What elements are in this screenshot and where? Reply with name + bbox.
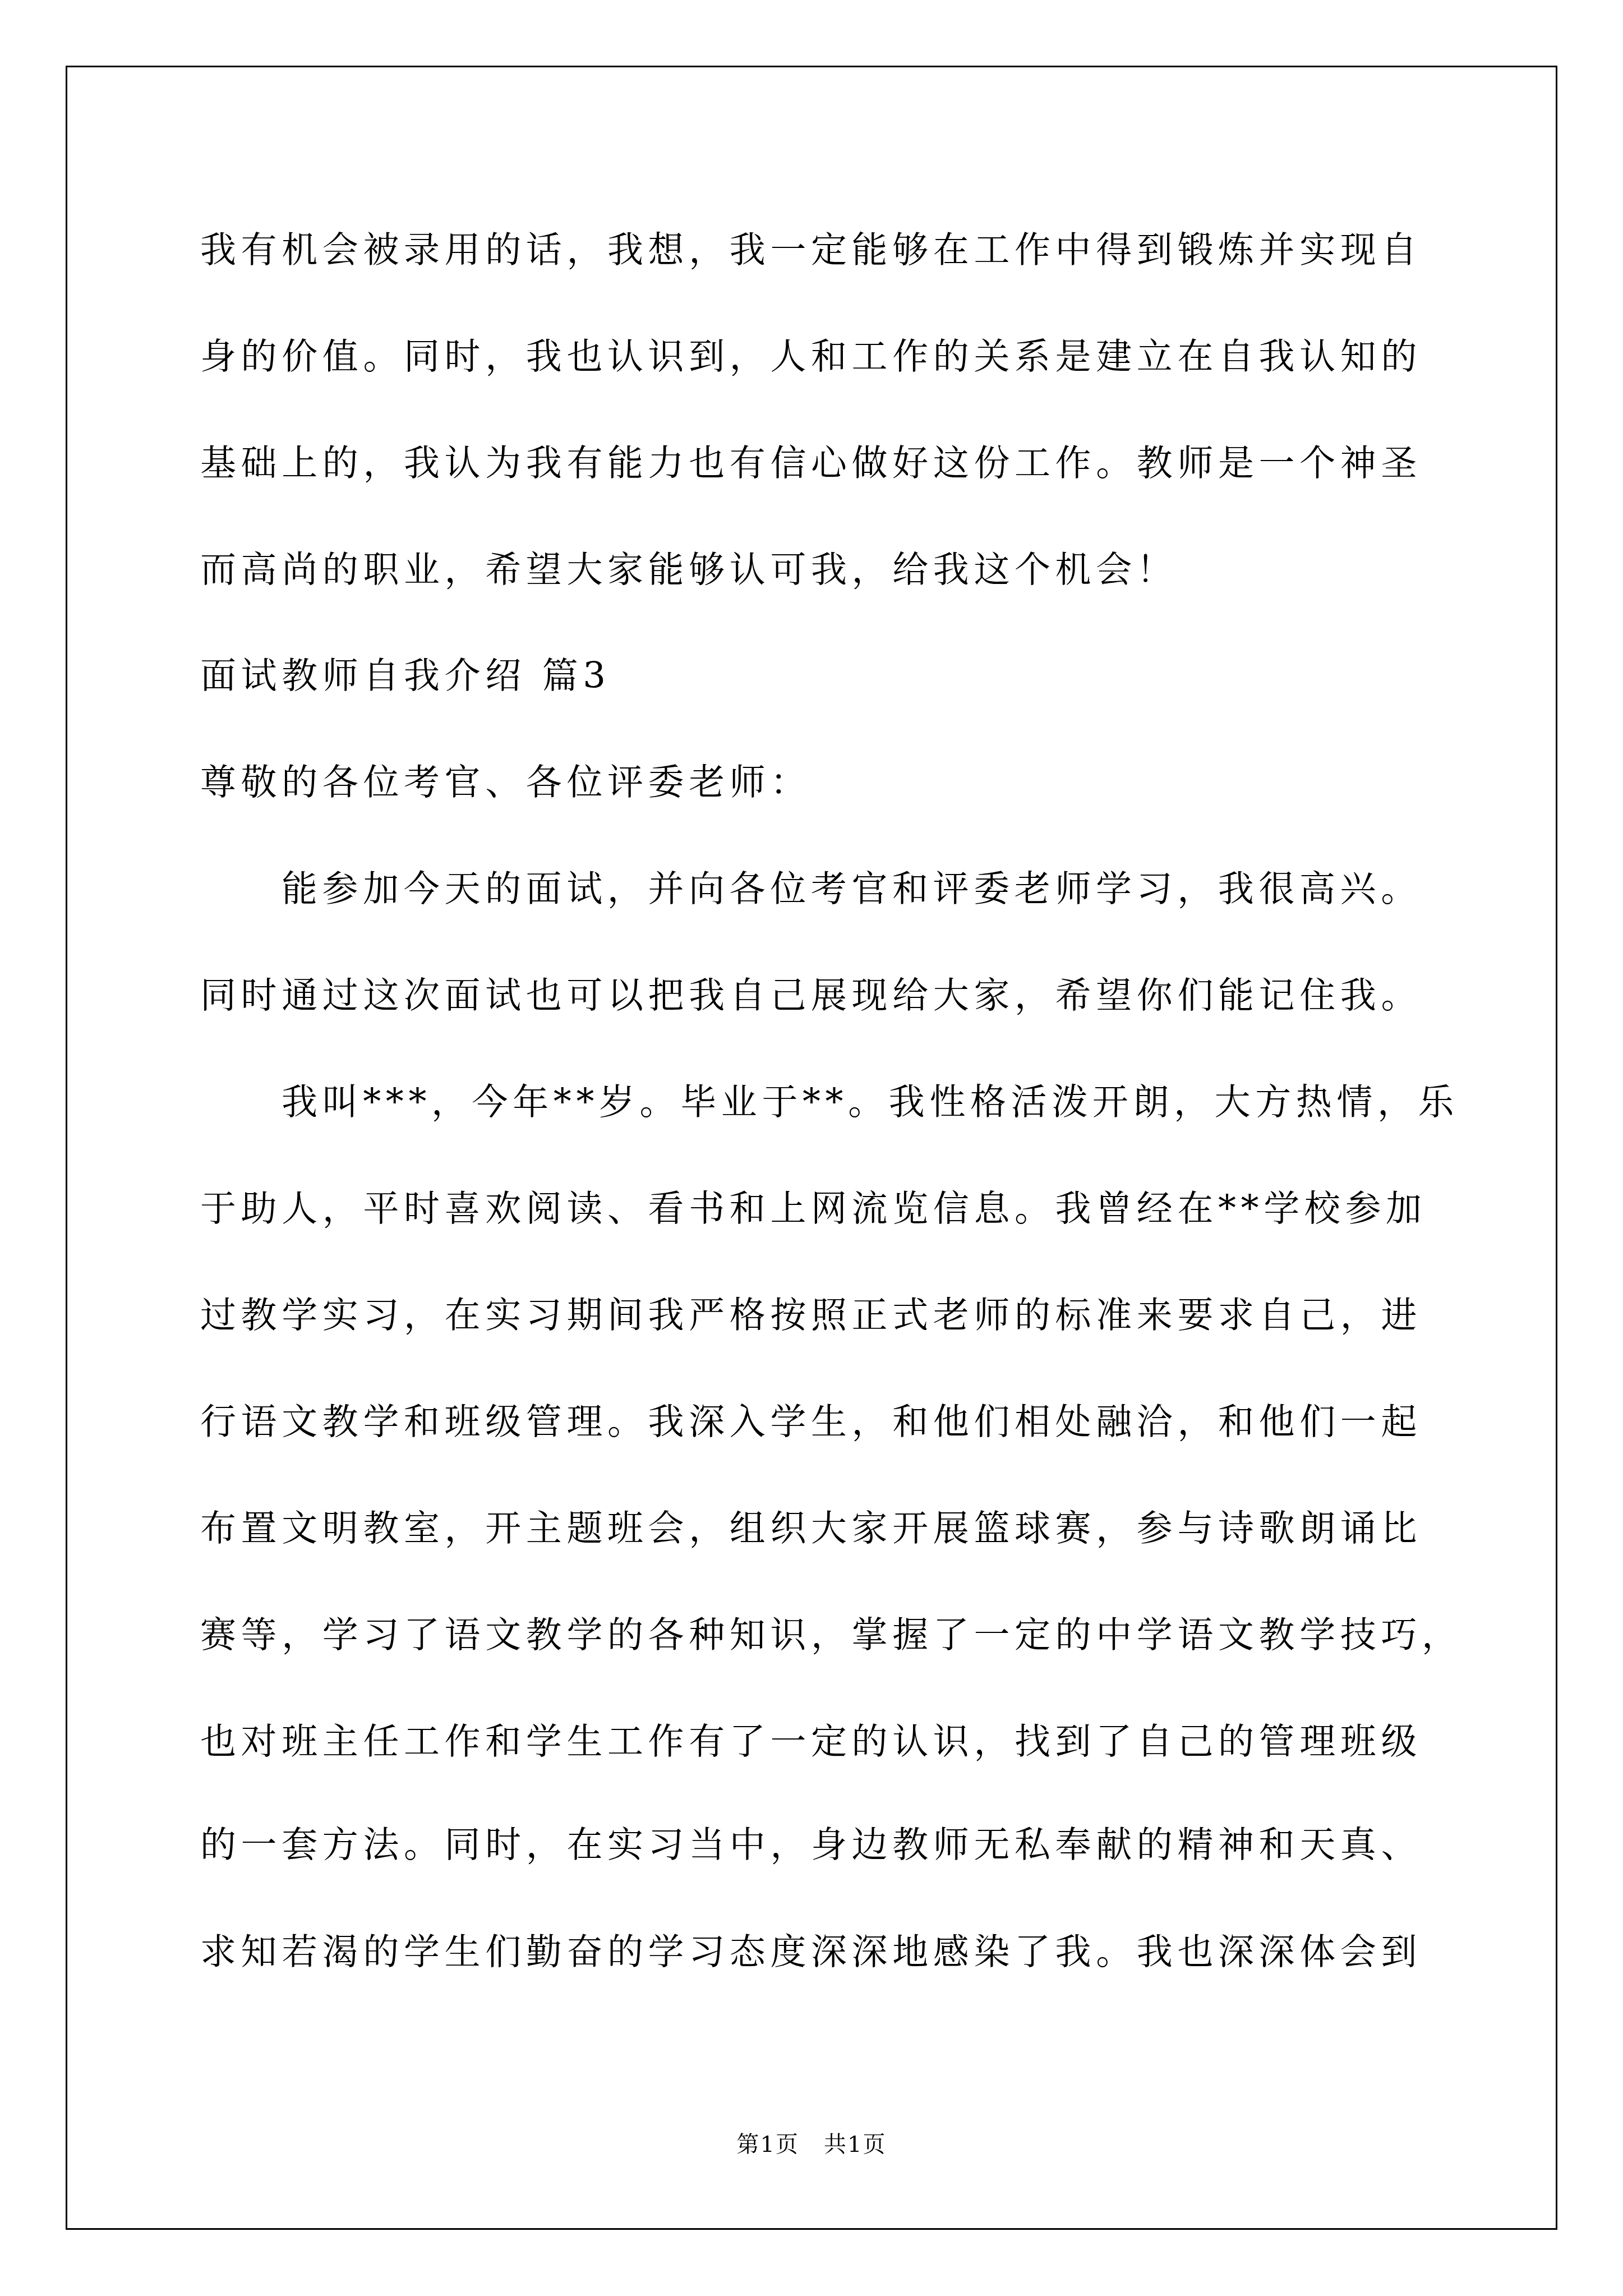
body-line-8: 同时通过这次面试也可以把我自己展现给大家，希望你们能记住我。 <box>200 973 1422 1018</box>
body-line-14: 赛等，学习了语文教学的各种知识，掌握了一定的中学语文教学技巧， <box>200 1613 1463 1658</box>
body-line-17: 求知若渴的学生们勤奋的学习态度深深地感染了我。我也深深体会到 <box>200 1930 1422 1975</box>
body-line-4: 而高尚的职业，希望大家能够认可我，给我这个机会！ <box>200 547 1177 592</box>
body-line-16: 的一套方法。同时，在实习当中，身边教师无私奉献的精神和天真、 <box>200 1823 1422 1867</box>
body-line-10: 于助人，平时喜欢阅读、看书和上网流览信息。我曾经在**学校参加 <box>200 1186 1427 1231</box>
body-line-2: 身的价值。同时，我也认识到，人和工作的关系是建立在自我认知的 <box>200 334 1422 379</box>
salutation: 尊敬的各位考官、各位评委老师： <box>200 760 811 805</box>
body-line-13: 布置文明教室，开主题班会，组织大家开展篮球赛，参与诗歌朗诵比 <box>200 1506 1422 1551</box>
page-border <box>66 66 1557 2230</box>
body-line-9: 我叫***，今年**岁。毕业于**。我性格活泼开朗，大方热情，乐 <box>282 1080 1459 1125</box>
section-heading: 面试教师自我介绍 篇3 <box>200 654 611 698</box>
body-line-15: 也对班主任工作和学生工作有了一定的认识，找到了自己的管理班级 <box>200 1719 1422 1764</box>
body-line-12: 行语文教学和班级管理。我深入学生，和他们相处融洽，和他们一起 <box>200 1400 1422 1444</box>
page-footer: 第1页共1页 <box>0 2130 1623 2159</box>
body-line-11: 过教学实习，在实习期间我严格按照正式老师的标准来要求自己，进 <box>200 1293 1422 1338</box>
body-line-3: 基础上的，我认为我有能力也有信心做好这份工作。教师是一个神圣 <box>200 441 1422 486</box>
body-line-7: 能参加今天的面试，并向各位考官和评委老师学习，我很高兴。 <box>282 867 1422 912</box>
body-line-1: 我有机会被录用的话，我想，我一定能够在工作中得到锻炼并实现自 <box>200 228 1422 273</box>
total-pages-label: 共1页 <box>824 2132 886 2157</box>
current-page-label: 第1页 <box>737 2132 799 2157</box>
